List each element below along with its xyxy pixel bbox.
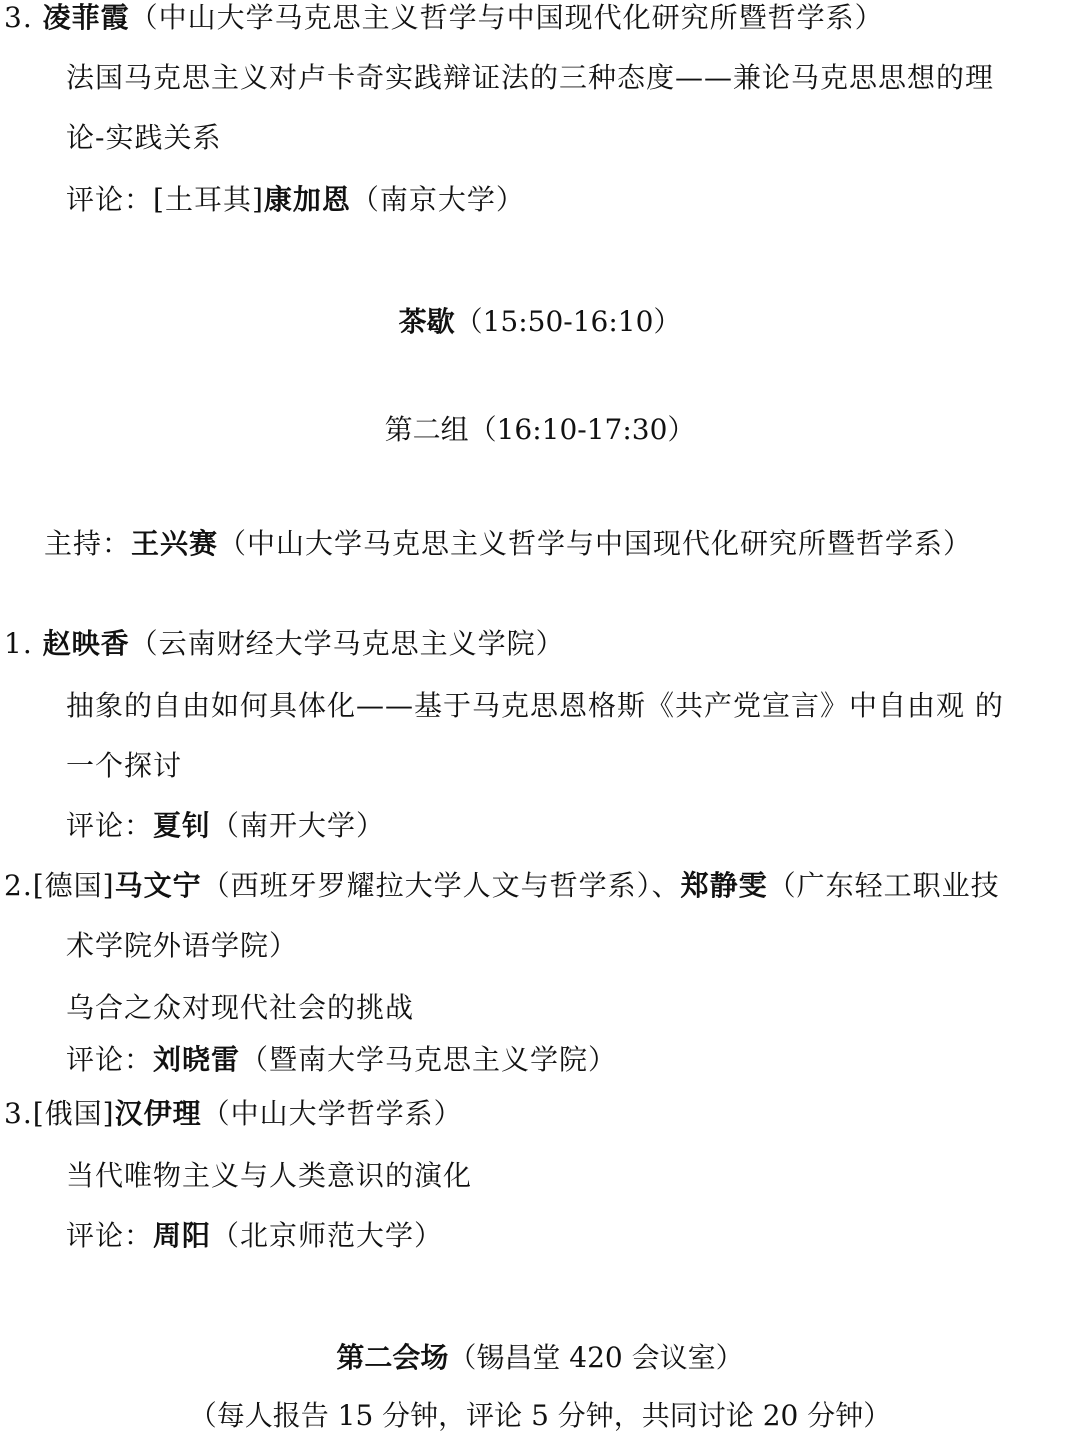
paper-title-line-1: 法国马克思主义对卢卡奇实践辩证法的三种态度——兼论马克思思想的理 (66, 58, 994, 98)
group-2-heading: 第二组（16:10-17:30） (0, 410, 1080, 450)
speaker-affiliation: （西班牙罗耀拉大学人文与哲学系）、 (202, 869, 681, 902)
item-number: 1. (4, 627, 33, 660)
group-2-host: 主持：王兴赛（中山大学马克思主义哲学与中国现代化研究所暨哲学系） (44, 524, 972, 564)
speaker-2-name: 郑静雯 (681, 869, 768, 902)
paper-title-line-1: 当代唯物主义与人类意识的演化 (66, 1156, 472, 1196)
item-number: 3. (4, 1, 33, 34)
commentator-affiliation: （南开大学） (211, 809, 385, 842)
speaker-name: 汉伊理 (115, 1097, 202, 1130)
session-item-3-header: 3. 凌菲霞（中山大学马克思主义哲学与中国现代化研究所暨哲学系） (4, 0, 884, 38)
paper-title-line-2: 论-实践关系 (66, 118, 221, 158)
speaker-affiliation: （中山大学马克思主义哲学与中国现代化研究所暨哲学系） (130, 1, 884, 34)
speaker-country: [德国] (33, 869, 115, 902)
item-number: 3. (4, 1097, 33, 1130)
speaker-name: 马文宁 (115, 869, 202, 902)
tea-break-label: 茶歇 (399, 305, 455, 338)
venue-location: （锡昌堂 420 会议室） (448, 1341, 743, 1374)
commentator-name: 夏钊 (153, 809, 211, 842)
comment-label: 评论： (66, 809, 153, 842)
comment-label: 评论： (66, 1219, 153, 1252)
speaker-2-affiliation-continued: 术学院外语学院） (66, 926, 298, 966)
tea-break-heading: 茶歇（15:50-16:10） (0, 302, 1080, 342)
group-2-item-2-header: 2.[德国]马文宁（西班牙罗耀拉大学人文与哲学系）、郑静雯（广东轻工职业技 (4, 866, 1000, 906)
host-affiliation: （中山大学马克思主义哲学与中国现代化研究所暨哲学系） (218, 527, 972, 560)
venue-2-heading: 第二会场（锡昌堂 420 会议室） (0, 1338, 1080, 1378)
commentator-name: 周阳 (153, 1219, 211, 1252)
tea-break-time: （15:50-16:10） (455, 305, 682, 338)
commentator-name: 刘晓雷 (153, 1043, 240, 1076)
commentator-name: 康加恩 (264, 183, 351, 216)
speaker-affiliation: （云南财经大学马克思主义学院） (130, 627, 565, 660)
commentator-affiliation: （北京师范大学） (211, 1219, 443, 1252)
commentator-line: 评论：周阳（北京师范大学） (66, 1216, 443, 1256)
speaker-name: 赵映香 (43, 627, 130, 660)
group-2-item-1-header: 1. 赵映香（云南财经大学马克思主义学院） (4, 624, 565, 664)
paper-title-line-1: 乌合之众对现代社会的挑战 (66, 988, 414, 1028)
paper-title-line-2: 一个探讨 (66, 746, 182, 786)
commentator-line: 评论：[土耳其]康加恩（南京大学） (66, 180, 525, 220)
paper-title-line-1: 抽象的自由如何具体化——基于马克思恩格斯《共产党宣言》中自由观 的 (66, 686, 1004, 726)
commentator-affiliation: （暨南大学马克思主义学院） (240, 1043, 617, 1076)
venue-2-rules: （每人报告 15 分钟，评论 5 分钟，共同讨论 20 分钟） (0, 1396, 1080, 1435)
group-2-item-3-header: 3.[俄国]汉伊理（中山大学哲学系） (4, 1094, 463, 1134)
commentator-affiliation: （南京大学） (351, 183, 525, 216)
host-name: 王兴赛 (131, 527, 218, 560)
speaker-name: 凌菲霞 (43, 1, 130, 34)
commentator-country: [土耳其] (153, 183, 264, 216)
speaker-country: [俄国] (33, 1097, 115, 1130)
comment-label: 评论： (66, 1043, 153, 1076)
speaker-2-affiliation: （广东轻工职业技 (768, 869, 1000, 902)
speaker-affiliation: （中山大学哲学系） (202, 1097, 463, 1130)
commentator-line: 评论：夏钊（南开大学） (66, 806, 385, 846)
item-number: 2. (4, 869, 33, 902)
comment-label: 评论： (66, 183, 153, 216)
host-label: 主持： (44, 527, 131, 560)
commentator-line: 评论：刘晓雷（暨南大学马克思主义学院） (66, 1040, 617, 1080)
venue-label: 第二会场 (336, 1341, 448, 1374)
